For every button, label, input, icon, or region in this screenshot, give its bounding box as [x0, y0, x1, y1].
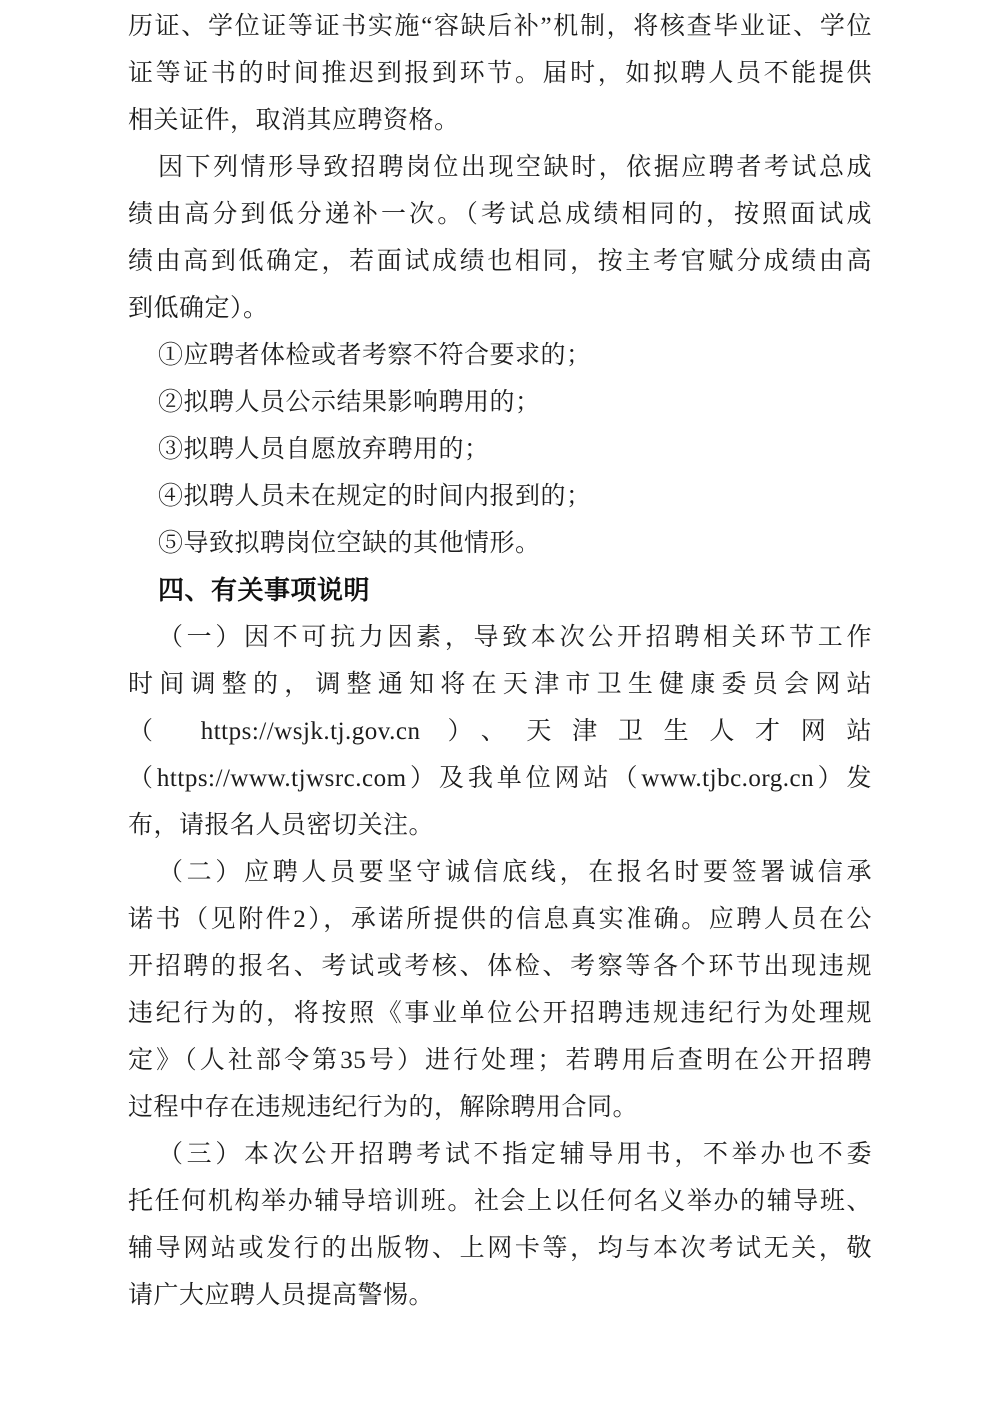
paragraph-line: 诺书（见附件2），承诺所提供的信息真实准确。应聘人员在公: [128, 896, 872, 943]
list-item-line: ②拟聘人员公示结果影响聘用的；: [128, 379, 872, 426]
list-item: ②拟聘人员公示结果影响聘用的；: [128, 379, 872, 426]
paragraph-line: （https://www.tjwsrc.com）及我单位网站（www.tjbc.…: [128, 755, 872, 802]
paragraph: （一）因不可抗力因素，导致本次公开招聘相关环节工作时间调整的，调整通知将在天津市…: [128, 614, 872, 849]
paragraph-line: 时间调整的，调整通知将在天津市卫生健康委员会网站: [128, 661, 872, 708]
paragraph-line: （ https://wsjk.tj.gov.cn ）、天津卫生人才网站: [128, 708, 872, 755]
paragraph-line: 开招聘的报名、考试或考核、体检、考察等各个环节出现违规: [128, 943, 872, 990]
document-page: 历证、学位证等证书实施“容缺后补”机制，将核查毕业证、学位证等证书的时间推迟到报…: [0, 0, 1000, 1414]
paragraph-line: 因下列情形导致招聘岗位出现空缺时，依据应聘者考试总成: [128, 144, 872, 191]
paragraph: 因下列情形导致招聘岗位出现空缺时，依据应聘者考试总成绩由高分到低分递补一次。（考…: [128, 144, 872, 332]
paragraph-line: 违纪行为的，将按照《事业单位公开招聘违规违纪行为处理规: [128, 990, 872, 1037]
list-item: ④拟聘人员未在规定的时间内报到的；: [128, 473, 872, 520]
paragraph-line: 证等证书的时间推迟到报到环节。届时，如拟聘人员不能提供: [128, 50, 872, 97]
list-item: ①应聘者体检或者考察不符合要求的；: [128, 332, 872, 379]
paragraph-line: 定》（人社部令第35号）进行处理；若聘用后查明在公开招聘: [128, 1037, 872, 1084]
list-item-line: ①应聘者体检或者考察不符合要求的；: [128, 332, 872, 379]
paragraph-line: 相关证件，取消其应聘资格。: [128, 97, 872, 144]
paragraph-line: （一）因不可抗力因素，导致本次公开招聘相关环节工作: [128, 614, 872, 661]
list-item: ③拟聘人员自愿放弃聘用的；: [128, 426, 872, 473]
paragraph-line: 请广大应聘人员提高警惕。: [128, 1272, 872, 1319]
section-heading-line: 四、有关事项说明: [128, 567, 872, 614]
list-item: ⑤导致拟聘岗位空缺的其他情形。: [128, 520, 872, 567]
document-text-block: 历证、学位证等证书实施“容缺后补”机制，将核查毕业证、学位证等证书的时间推迟到报…: [128, 3, 872, 1319]
paragraph-line: （二）应聘人员要坚守诚信底线，在报名时要签署诚信承: [128, 849, 872, 896]
paragraph-line: 布，请报名人员密切关注。: [128, 802, 872, 849]
paragraph-line: 绩由高分到低分递补一次。（考试总成绩相同的，按照面试成: [128, 191, 872, 238]
paragraph-line: 过程中存在违规违纪行为的，解除聘用合同。: [128, 1084, 872, 1131]
list-item-line: ③拟聘人员自愿放弃聘用的；: [128, 426, 872, 473]
list-item-line: ④拟聘人员未在规定的时间内报到的；: [128, 473, 872, 520]
list-item-line: ⑤导致拟聘岗位空缺的其他情形。: [128, 520, 872, 567]
paragraph: （三）本次公开招聘考试不指定辅导用书，不举办也不委托任何机构举办辅导培训班。社会…: [128, 1131, 872, 1319]
paragraph-line: 历证、学位证等证书实施“容缺后补”机制，将核查毕业证、学位: [128, 3, 872, 50]
paragraph-line: 绩由高到低确定，若面试成绩也相同，按主考官赋分成绩由高: [128, 238, 872, 285]
paragraph: 历证、学位证等证书实施“容缺后补”机制，将核查毕业证、学位证等证书的时间推迟到报…: [128, 3, 872, 144]
section-heading: 四、有关事项说明: [128, 567, 872, 614]
paragraph-line: 到低确定）。: [128, 285, 872, 332]
paragraph-line: （三）本次公开招聘考试不指定辅导用书，不举办也不委: [128, 1131, 872, 1178]
paragraph-line: 托任何机构举办辅导培训班。社会上以任何名义举办的辅导班、: [128, 1178, 872, 1225]
paragraph-line: 辅导网站或发行的出版物、上网卡等，均与本次考试无关，敬: [128, 1225, 872, 1272]
paragraph: （二）应聘人员要坚守诚信底线，在报名时要签署诚信承诺书（见附件2），承诺所提供的…: [128, 849, 872, 1131]
